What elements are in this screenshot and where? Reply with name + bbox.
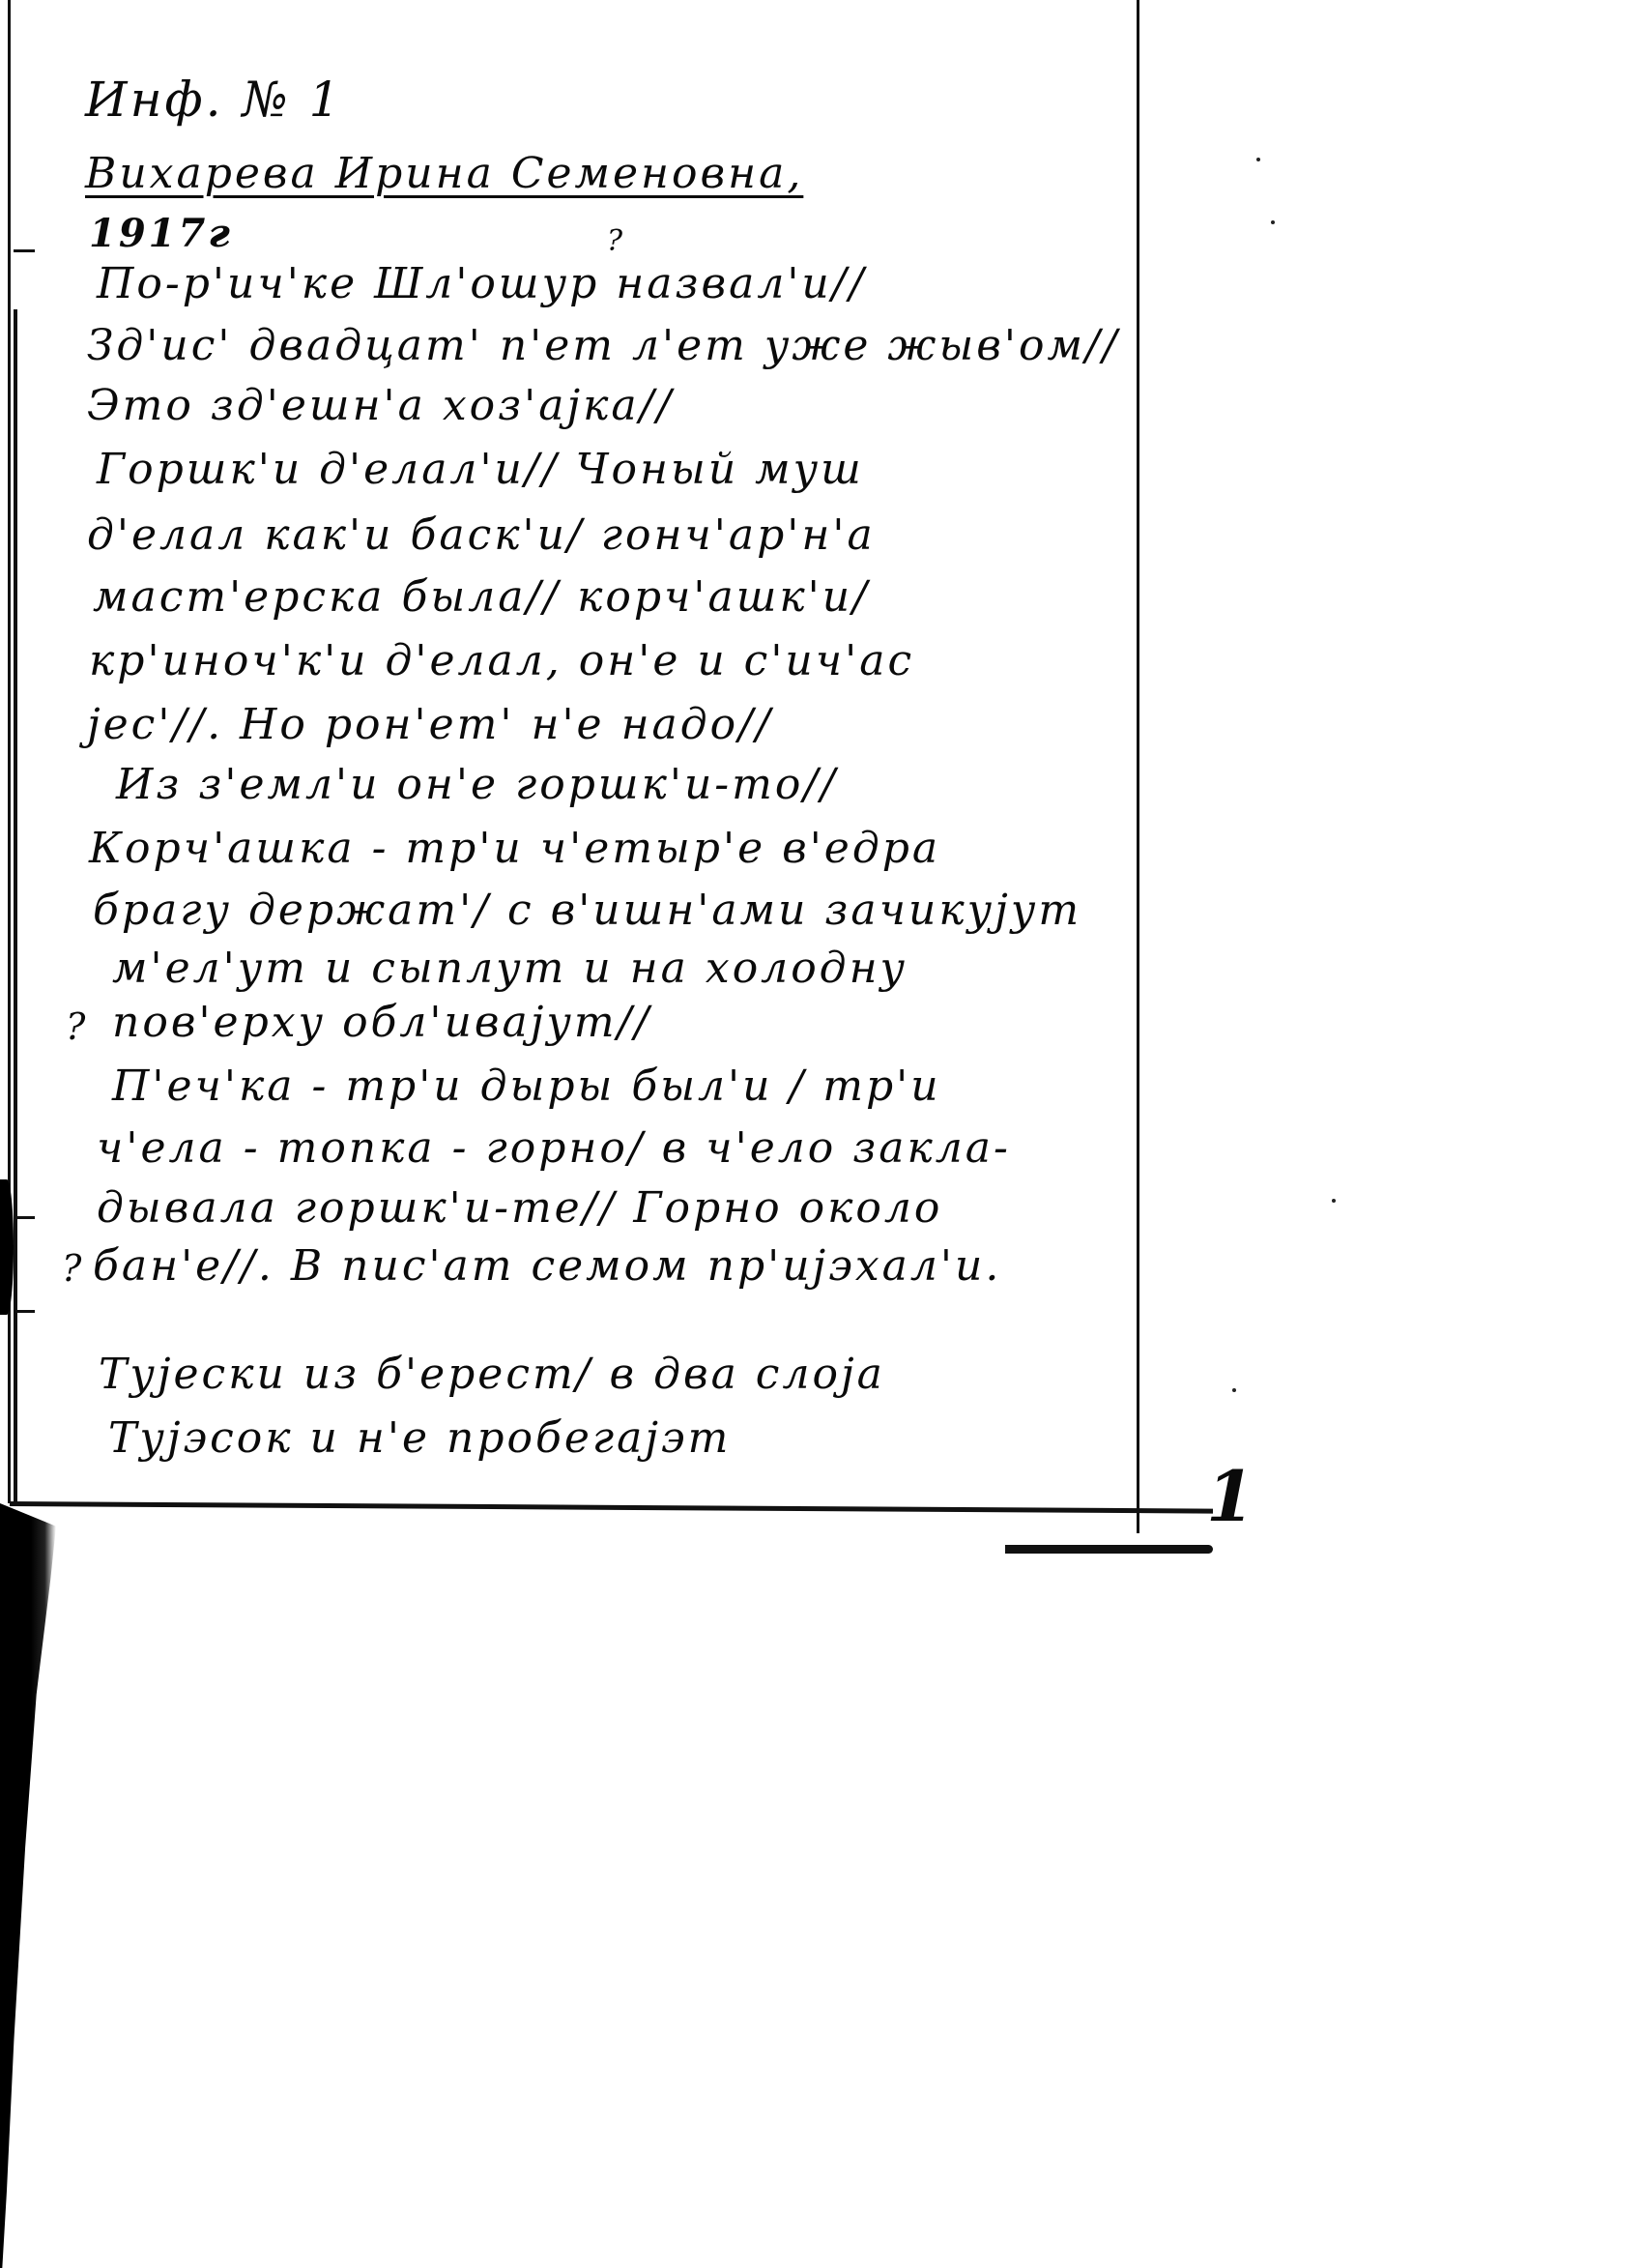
- text-line: ч'ела - топка - горно/ в ч'ело закла-: [97, 1127, 1011, 1170]
- scanned-notebook-page: Инф. № 1 Вихарева Ирина Семеновна, 1917г…: [0, 0, 1643, 2268]
- scan-speck: [1332, 1199, 1336, 1203]
- informant-label: Инф. № 1: [85, 75, 342, 124]
- page-bottom-edge-thick: [1005, 1545, 1213, 1554]
- text-line: Из з'емл'и он'е горшк'и-то//: [116, 764, 838, 806]
- text-line: Корч'ашка - тр'и ч'етыр'е в'едра: [89, 828, 940, 870]
- query-mark: ?: [66, 1005, 85, 1048]
- text-line: брагу держат'/ с в'ишн'ами зачикујут: [93, 889, 1081, 932]
- margin-tick: [14, 1310, 35, 1313]
- left-binding-line: [14, 309, 17, 1503]
- text-line: бан'е//. В пис'ат семом пр'ијэхал'и.: [93, 1245, 1001, 1288]
- text-line: Это зд'ешн'а хоз'ајка//: [87, 385, 674, 427]
- text-line: кр'иноч'к'и д'елал, он'е и с'ич'ас: [89, 640, 914, 683]
- text-line: дывала горшк'и-те// Горно около: [97, 1187, 942, 1230]
- query-mark: ?: [607, 224, 622, 258]
- right-margin-rule: [1137, 0, 1139, 1533]
- scan-speck: [1256, 158, 1260, 161]
- page-bottom-edge: [10, 1501, 1213, 1514]
- query-mark: ?: [62, 1247, 81, 1290]
- page-number: 1: [1206, 1455, 1254, 1537]
- text-line: м'ел'ут и сыплут и на холодну: [112, 947, 908, 990]
- text-line: маст'ерска была// корч'ашк'и/: [93, 576, 870, 619]
- margin-tick: [14, 1216, 35, 1219]
- text-line: П'еч'ка - тр'и дыры был'и / тр'и: [112, 1065, 941, 1108]
- note-line: Тујески из б'ерест/ в два слоја: [99, 1353, 885, 1396]
- text-line: пов'ерху обл'ивајут//: [112, 1002, 651, 1044]
- informant-name: Вихарева Ирина Семеновна,: [85, 153, 803, 195]
- note-line: Тујэсок и н'е пробегајэт: [108, 1417, 731, 1460]
- scan-speck: [1232, 1388, 1236, 1392]
- scan-shadow-blob: [0, 1179, 14, 1315]
- margin-tick: [14, 249, 35, 252]
- text-line: Зд'ис' двадцат' п'ет л'ет уже жыв'ом//: [87, 325, 1120, 367]
- birth-year: 1917г: [89, 215, 233, 253]
- text-line: јес'//. Но рон'ет' н'е надо//: [87, 704, 773, 746]
- scan-black-smear: [0, 1503, 56, 2268]
- text-line: Горшк'и д'елал'и// Чоный муш: [97, 449, 864, 491]
- text-line: д'елал как'и баск'и/ гонч'ар'н'а: [87, 514, 876, 557]
- scan-speck: [1271, 220, 1275, 224]
- text-line: По-р'ич'ке Шл'ошур назвал'и//: [97, 263, 866, 305]
